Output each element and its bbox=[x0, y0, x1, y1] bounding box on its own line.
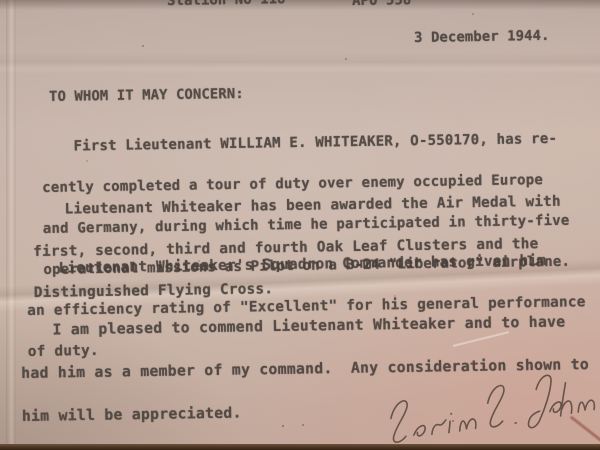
date-line: 3 December 1944. bbox=[414, 30, 550, 46]
photographed-letter: { "document": { "header": { "station_lin… bbox=[0, 0, 600, 450]
station-line: Station No 118 bbox=[167, 0, 286, 8]
salutation: TO WHOM IT MAY CONCERN: bbox=[49, 88, 244, 104]
typed-line: Lieutenant Whiteaker has been awarded th… bbox=[32, 196, 561, 218]
bottom-paper-edge bbox=[0, 444, 600, 450]
paper-specks bbox=[142, 45, 144, 47]
typed-line: First Lieutenant WILLIAM E. WHITEAKER, O… bbox=[41, 133, 568, 155]
apo-number: APO 558 bbox=[352, 0, 411, 8]
top-edge-shadow bbox=[0, 0, 600, 10]
paper-shading-band bbox=[0, 52, 600, 74]
typed-line: I am pleased to commend Lieutenant White… bbox=[20, 315, 588, 338]
vertical-fold-crease bbox=[6, 0, 16, 450]
typed-line: Lieutenant Whiteaker's Squadron Commande… bbox=[26, 254, 585, 277]
